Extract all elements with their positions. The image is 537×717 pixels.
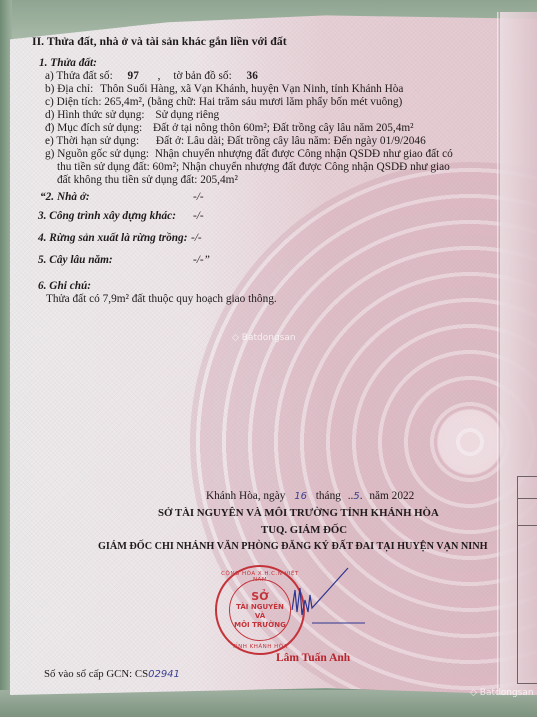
usage-purpose-label: đ) Mục đích sử dụng: (45, 122, 142, 134)
place-date-line: Khánh Hòa, ngày 16 tháng ..5. năm 2022 (206, 490, 414, 503)
other-works-value: -/- (193, 210, 204, 223)
watermark-logo-icon: ◇ (470, 688, 477, 698)
house-value: -/- (193, 191, 204, 204)
stamp-ring-bottom-text: TỈNH KHÁNH HÒA (217, 644, 303, 650)
watermark-corner: ◇ Batdongsan (470, 688, 534, 698)
house-heading: “2. Nhà ở: (40, 191, 90, 204)
on-behalf-label: TUQ. GIÁM ĐỐC (261, 524, 347, 537)
parcel-number-label: a) Thửa đất số: (45, 70, 113, 82)
usage-form-label: d) Hình thức sử dụng: (45, 109, 144, 121)
usage-purpose-row: đ) Mục đích sử dụng: Đất ở tại nông thôn… (45, 122, 414, 135)
stamp-line-4: MÔI TRƯỜNG (234, 621, 286, 630)
map-sheet-label: tờ bản đồ số: (173, 70, 231, 82)
stamp-line-2: TÀI NGUYÊN (236, 603, 284, 612)
origin-value-1: Nhận chuyển nhượng đất được Công nhận QS… (155, 148, 453, 160)
stamp-line-1: SỞ (251, 591, 269, 603)
usage-purpose-value: Đất ở tại nông thôn 60m²; Đất trồng cây … (153, 122, 414, 134)
parcel-number-sep: , (158, 70, 161, 82)
parcel-number-row: a) Thửa đất số: 97 , tờ bản đồ số: 36 (45, 70, 258, 83)
page-spine (497, 12, 500, 695)
stamp-center: SỞ TÀI NGUYÊN VÀ MÔI TRƯỜNG (229, 579, 291, 641)
origin-row: g) Nguồn gốc sử dụng: Nhận chuyển nhượng… (45, 148, 453, 161)
registry-row: Số vào sổ cấp GCN: CS02941 (44, 668, 180, 681)
origin-value-2: thu tiền sử dụng đất: 60m²; Nhận chuyển … (57, 161, 450, 174)
usage-form-row: d) Hình thức sử dụng: Sử dụng riêng (45, 109, 219, 122)
origin-value-3: đất không thu tiền sử dụng đất: 205,4m² (57, 174, 238, 187)
stamp-line-3: VÀ (255, 612, 265, 621)
parcel-heading: 1. Thửa đất: (39, 57, 97, 70)
parcel-number-value: 97 (128, 70, 139, 82)
forest-value: -/- (191, 232, 202, 245)
month-label: tháng (316, 490, 341, 502)
signer-position: GIÁM ĐỐC CHI NHÁNH VĂN PHÒNG ĐĂNG KÝ ĐẤT… (98, 540, 488, 553)
usage-term-value: Đất ở: Lâu dài; Đất trồng cây lâu năm: Đ… (156, 135, 426, 147)
signer-name: Lâm Tuấn Anh (276, 652, 350, 665)
address-label: b) Địa chỉ: (45, 83, 93, 95)
notes-text: Thửa đất có 7,9m² đất thuộc quy hoạch gi… (46, 293, 277, 306)
perennial-heading: 5. Cây lâu năm: (38, 254, 113, 267)
signing-day: 16 (294, 491, 307, 502)
facing-page-table-line (517, 525, 537, 526)
watermark-logo-icon: ◇ (232, 333, 239, 343)
area-row: c) Diện tích: 265,4m², (bằng chữ: Hai tr… (45, 96, 402, 109)
usage-term-row: e) Thời hạn sử dụng: Đất ở: Lâu dài; Đất… (45, 135, 426, 148)
address-value: Thôn Suối Hàng, xã Vạn Khánh, huyện Vạn … (100, 83, 403, 95)
authority-name: SỞ TÀI NGUYÊN VÀ MÔI TRƯỜNG TỈNH KHÁNH H… (158, 507, 439, 520)
signature (290, 560, 370, 630)
other-works-heading: 3. Công trình xây dựng khác: (38, 210, 176, 223)
place-date-prefix: Khánh Hòa, ngày (206, 490, 285, 502)
registry-label: Số vào sổ cấp GCN: (44, 668, 132, 680)
section-title: II. Thửa đất, nhà ở và tài sản khác gắn … (32, 35, 287, 48)
forest-heading: 4. Rừng sản xuất là rừng trồng: (38, 232, 187, 245)
perennial-value: -/-” (193, 254, 210, 267)
registry-number: 02941 (148, 669, 180, 680)
registry-prefix: CS (135, 668, 148, 680)
background-bottom (0, 690, 537, 717)
map-sheet-value: 36 (247, 70, 258, 82)
address-row: b) Địa chỉ: Thôn Suối Hàng, xã Vạn Khánh… (45, 83, 403, 96)
usage-term-label: e) Thời hạn sử dụng: (45, 135, 139, 147)
notes-heading: 6. Ghi chú: (38, 280, 91, 293)
signing-year: năm 2022 (369, 490, 414, 502)
usage-form-value: Sử dụng riêng (155, 109, 219, 121)
facing-page-table (517, 476, 537, 684)
origin-label: g) Nguồn gốc sử dụng: (45, 148, 149, 160)
watermark-center: ◇ Batdongsan (232, 333, 296, 343)
facing-page-table-line (517, 498, 537, 499)
